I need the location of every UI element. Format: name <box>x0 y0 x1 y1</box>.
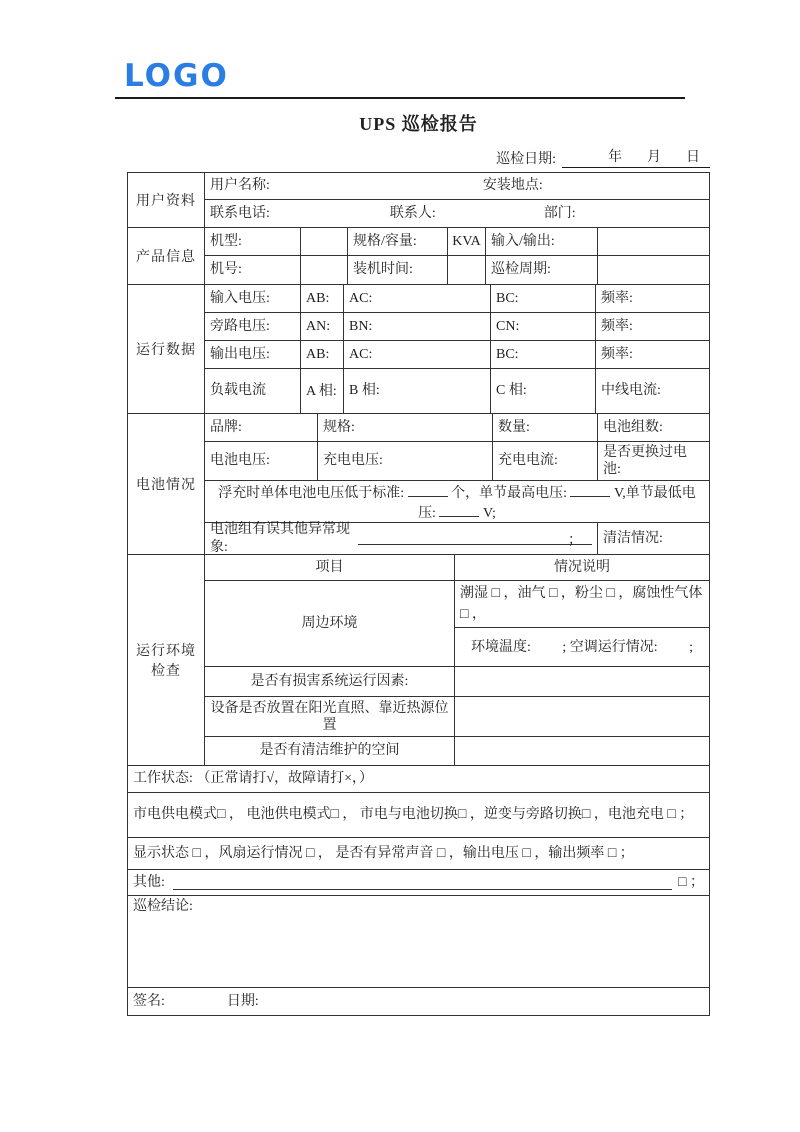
damage-factor-label: 是否有损害系统运行因素: <box>205 667 455 696</box>
section-product-info: 产品信息 机型: 规格/容量: KVA 输入/输出: 机号: 装机时间: 巡检周… <box>128 228 709 285</box>
bc-label: BC: <box>491 285 596 312</box>
contact-person-label: 联系人: <box>390 205 436 223</box>
battery-voltage-label: 电池电压: <box>205 442 318 480</box>
report-title: UPS 巡检报告 <box>127 110 710 136</box>
model-label: 机型: <box>205 228 301 255</box>
float-voltage-line: 浮充时单体电池电压低于标准: 个，单节最高电压: V,单节最低电压: V; <box>205 481 709 522</box>
work-status-row: 工作状态: （正常请打√，故障请打×，） <box>128 766 709 792</box>
user-name-label: 用户名称: <box>210 177 270 195</box>
sunlight-heat-blank <box>455 697 709 736</box>
load-current-label: 负载电流 <box>205 369 301 413</box>
other-blank <box>173 876 672 890</box>
section-environment-label: 运行环境检查 <box>128 555 205 765</box>
clean-status-label: 清洁情况: <box>598 523 709 554</box>
section-battery: 电池情况 品牌: 规格: 数量: 电池组数: 电池电压: 充电电压: 充电电流:… <box>128 414 709 555</box>
signature-label: 签名: <box>133 993 165 1011</box>
section-battery-label: 电池情况 <box>128 414 205 554</box>
table-row: 负载电流 A 相: B 相: C 相: 中线电流: <box>205 369 709 413</box>
other-row: 其他: □ ； <box>128 870 709 895</box>
section-running-data: 运行数据 输入电压: AB: AC: BC: 频率: 旁路电压: AN: BN:… <box>128 285 709 414</box>
bypass-voltage-label: 旁路电压: <box>205 313 301 340</box>
table-row: 输入电压: AB: AC: BC: 频率: <box>205 285 709 313</box>
serial-label: 机号: <box>205 256 301 284</box>
year-label: 年 <box>608 146 622 166</box>
sunlight-heat-label: 设备是否放置在阳光直照、靠近热源位置 <box>205 697 455 736</box>
phase-c-label: C 相: <box>491 369 596 413</box>
cycle-label: 巡检周期: <box>486 256 598 284</box>
env-col-desc-header: 情况说明 <box>455 555 709 580</box>
io-label: 输入/输出: <box>486 228 598 255</box>
install-location-label: 安装地点: <box>483 177 543 195</box>
inspection-date-label: 巡检日期: <box>496 148 556 168</box>
month-label: 月 <box>647 146 661 166</box>
maintenance-space-label: 是否有清洁维护的空间 <box>205 737 455 765</box>
model-value-blank <box>301 228 348 255</box>
company-logo: LOGO <box>124 58 229 94</box>
day-label: 日 <box>686 146 700 166</box>
env-temperature-line: 环境温度: ; 空调运行情况: ; <box>455 628 709 666</box>
neutral-current-label: 中线电流: <box>596 369 709 413</box>
input-voltage-label: 输入电压: <box>205 285 301 312</box>
damage-factor-blank <box>455 667 709 696</box>
kva-unit: KVA <box>448 228 486 255</box>
ab-label: AB: <box>301 341 344 368</box>
freq-label: 频率: <box>596 285 709 312</box>
conclusion-row: 巡检结论: <box>128 896 709 987</box>
department-label: 部门: <box>544 205 576 223</box>
battery-groups-label: 电池组数: <box>598 414 709 441</box>
phase-b-label: B 相: <box>344 369 491 413</box>
freq-label: 频率: <box>596 341 709 368</box>
display-status-row: 显示状态 □ ，风扇运行情况 □ ， 是否有异常声音 □ ，输出电压 □ ，输出… <box>128 838 709 869</box>
user-name-row: 用户名称: 安装地点: <box>205 173 709 199</box>
sign-date-label: 日期: <box>227 993 259 1011</box>
battery-brand-label: 品牌: <box>205 414 318 441</box>
surrounding-env-label: 周边环境 <box>205 581 455 666</box>
battery-qty-label: 数量: <box>493 414 598 441</box>
section-running-data-label: 运行数据 <box>128 285 205 413</box>
min-voltage-blank <box>439 503 479 517</box>
inspection-form-table: 用户资料 用户名称: 安装地点: 联系电话: 联系人: 部门: <box>127 172 710 1016</box>
battery-abnormal-row: 电池组有误其他异常现象: ； <box>205 523 598 554</box>
charge-voltage-label: 充电电压: <box>318 442 493 480</box>
other-checkbox: □ ； <box>678 874 704 892</box>
spec-capacity-label: 规格/容量: <box>348 228 448 255</box>
env-col-item-header: 项目 <box>205 555 455 580</box>
max-voltage-blank <box>570 483 610 497</box>
battery-replaced-label: 是否更换过电池: <box>598 442 709 480</box>
ac-label: AC: <box>344 285 491 312</box>
install-time-label: 装机时间: <box>348 256 448 284</box>
inspection-date-blank: 年 月 日 <box>562 146 710 168</box>
section-user-info: 用户资料 用户名称: 安装地点: 联系电话: 联系人: 部门: <box>128 173 709 228</box>
phone-label: 联系电话: <box>210 205 270 223</box>
user-contact-row: 联系电话: 联系人: 部门: <box>205 200 709 227</box>
charge-current-label: 充电电流: <box>493 442 598 480</box>
other-label: 其他: <box>133 874 165 892</box>
battery-abnormal-blank: ； <box>358 532 592 545</box>
cycle-value-blank <box>598 256 709 284</box>
table-row: 输出电压: AB: AC: BC: 频率: <box>205 341 709 369</box>
ab-label: AB: <box>301 285 344 312</box>
battery-spec-label: 规格: <box>318 414 493 441</box>
float-count-blank <box>408 483 448 497</box>
serial-value-blank <box>301 256 348 284</box>
phase-a-label: A 相: <box>301 369 344 413</box>
bn-label: BN: <box>344 313 491 340</box>
float-voltage-text-4: V; <box>483 506 496 521</box>
freq-label: 频率: <box>596 313 709 340</box>
float-voltage-text-1: 浮充时单体电池电压低于标准: <box>218 486 404 501</box>
cn-label: CN: <box>491 313 596 340</box>
env-hazards-line: 潮湿 □ ，油气 □ ，粉尘 □ ，腐蚀性气体 □ ， <box>455 581 709 628</box>
section-product-info-label: 产品信息 <box>128 228 205 284</box>
table-row: 旁路电压: AN: BN: CN: 频率: <box>205 313 709 341</box>
output-voltage-label: 输出电压: <box>205 341 301 368</box>
battery-abnormal-label: 电池组有误其他异常现象: <box>210 521 358 557</box>
io-value-blank <box>598 228 709 255</box>
document-page: LOGO UPS 巡检报告 巡检日期: 年 月 日 用户资料 用户名称: 安装地… <box>0 0 800 1132</box>
bc-label: BC: <box>491 341 596 368</box>
header-divider <box>115 97 685 99</box>
signature-row: 签名: 日期: <box>128 988 709 1015</box>
inspection-date-line: 巡检日期: 年 月 日 <box>127 146 710 168</box>
section-user-info-label: 用户资料 <box>128 173 205 227</box>
power-modes-row: 市电供电模式□ ， 电池供电模式□ ， 市电与电池切换□ ，逆变与旁路切换□ ，… <box>128 793 709 837</box>
an-label: AN: <box>301 313 344 340</box>
maintenance-space-blank <box>455 737 709 765</box>
ac-label: AC: <box>344 341 491 368</box>
install-time-extra-blank <box>448 256 486 284</box>
float-voltage-text-2: 个，单节最高电压: <box>451 486 567 501</box>
section-environment: 运行环境检查 项目 情况说明 周边环境 潮湿 □ ，油气 □ ，粉尘 □ ，腐蚀… <box>128 555 709 766</box>
